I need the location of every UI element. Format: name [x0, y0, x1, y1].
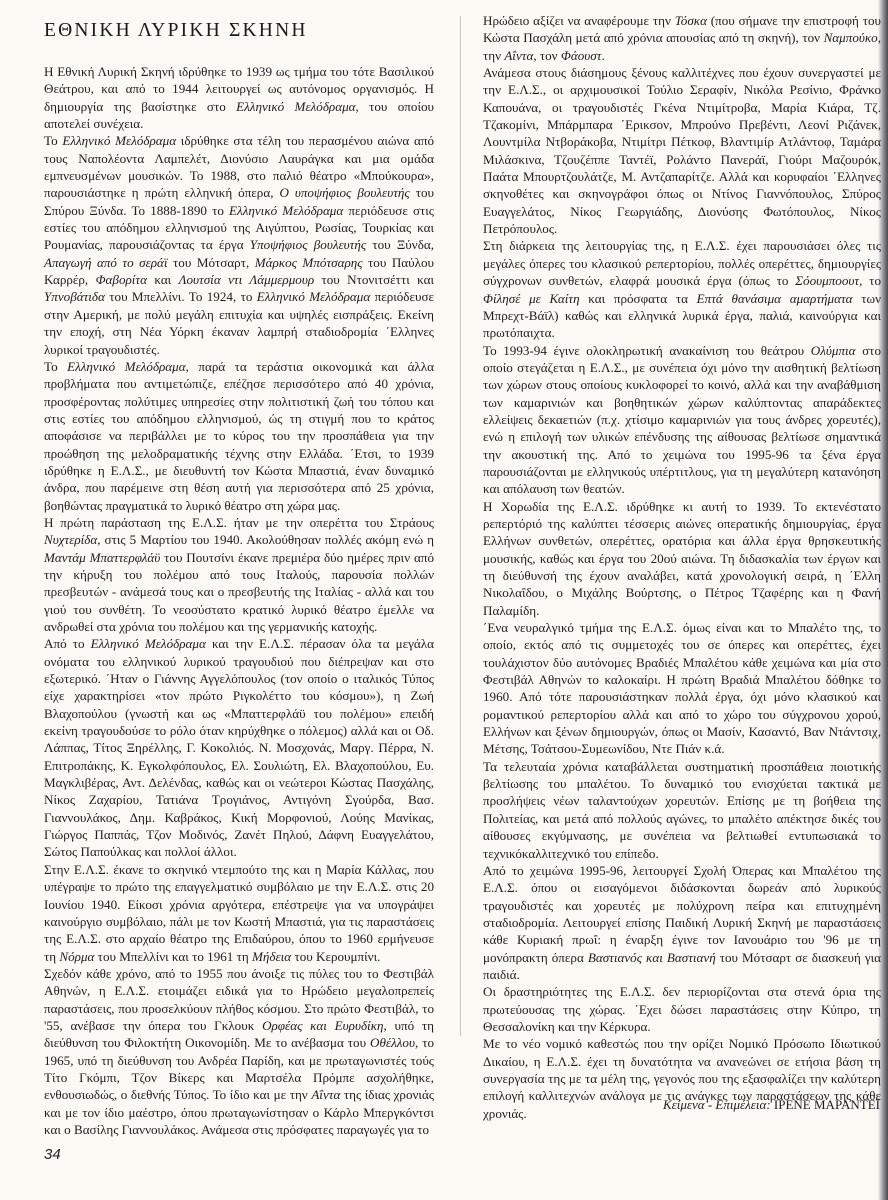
paragraph: Το 1993-94 έγινε ολοκληρωτική ανακαίνιση… [483, 342, 881, 498]
paragraph: Τα τελευταία χρόνια καταβάλλεται συστημα… [483, 758, 881, 862]
page-binding-shadow [878, 0, 888, 1200]
paragraph: Ανάμεσα στους διάσημους ξένους καλλιτέχν… [483, 64, 881, 237]
paragraph: Από το Ελληνικό Μελόδραμα και την Ε.Λ.Σ.… [44, 635, 434, 860]
page-number: 34 [44, 1146, 61, 1163]
paragraph: ΄Ενα νευραλγικό τμήμα της Ε.Λ.Σ. όμως εί… [483, 619, 881, 758]
paragraph: Οι δραστηριότητες της Ε.Λ.Σ. δεν περιορί… [483, 983, 881, 1035]
paragraph: Το Ελληνικό Μελόδραμα ιδρύθηκε στα τέλη … [44, 132, 434, 357]
paragraph: Από το χειμώνα 1995-96, λειτουργεί Σχολή… [483, 862, 881, 983]
column-divider [460, 16, 461, 1036]
paragraph: Η Χορωδία της Ε.Λ.Σ. ιδρύθηκε κι αυτή το… [483, 498, 881, 619]
paragraph: Στην Ε.Λ.Σ. έκανε το σκηνικό ντεμπούτο τ… [44, 861, 434, 965]
credit-name: ΙΡΕΝΕ ΜΑΡΑΝΤΕΪ [774, 1097, 880, 1112]
article-title: ΕΘΝΙΚΗ ΛΥΡΙΚΗ ΣΚΗΝΗ [44, 20, 308, 42]
credit-label: Κείμενα - Επιμέλεια: [663, 1097, 771, 1112]
paragraph: Η Εθνική Λυρική Σκηνή ιδρύθηκε το 1939 ω… [44, 63, 434, 132]
paragraph: Ηρώδειο αξίζει να αναφέρουμε την Τόσκα (… [483, 12, 881, 64]
paragraph: Σχεδόν κάθε χρόνο, από το 1955 που άνοιξ… [44, 965, 434, 1138]
article-credit: Κείμενα - Επιμέλεια: ΙΡΕΝΕ ΜΑΡΑΝΤΕΪ [663, 1097, 880, 1113]
left-column: Η Εθνική Λυρική Σκηνή ιδρύθηκε το 1939 ω… [44, 63, 434, 1138]
paragraph: Το Ελληνικό Μελόδραμα, παρά τα τεράστια … [44, 358, 434, 514]
magazine-page: ΕΘΝΙΚΗ ΛΥΡΙΚΗ ΣΚΗΝΗ Η Εθνική Λυρική Σκην… [0, 0, 888, 1200]
right-column: Ηρώδειο αξίζει να αναφέρουμε την Τόσκα (… [483, 12, 881, 1122]
paragraph: Η πρώτη παράσταση της Ε.Λ.Σ. ήταν με την… [44, 514, 434, 635]
paragraph: Στη διάρκεια της λειτουργίας της, η Ε.Λ.… [483, 237, 881, 341]
